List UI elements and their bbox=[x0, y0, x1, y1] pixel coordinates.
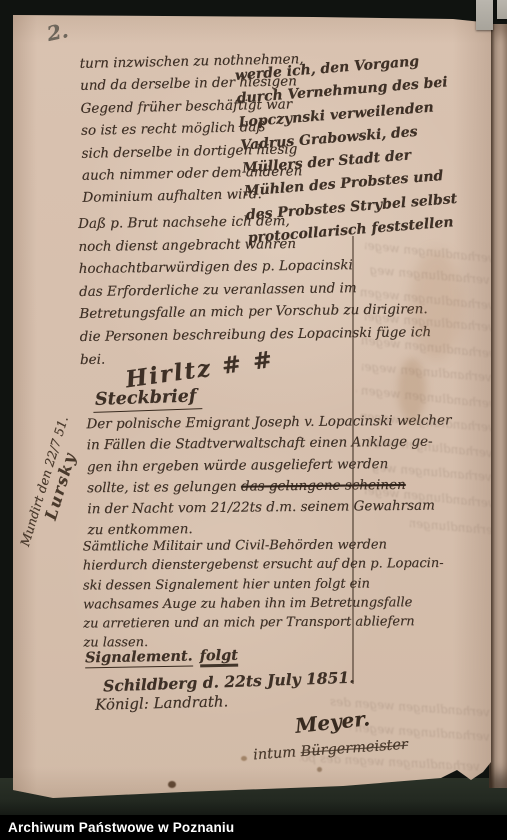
ink-spot bbox=[241, 756, 247, 761]
signalement-folgt: folgt bbox=[200, 647, 239, 668]
ink-spot bbox=[168, 781, 176, 788]
vertical-fold-line bbox=[352, 236, 354, 684]
paper-stain bbox=[410, 250, 462, 360]
steckbrief-heading: Steckbrief bbox=[93, 386, 203, 413]
signalement-word: Signalement. bbox=[85, 647, 193, 668]
bleedthrough-line: verhandlungen wegen des polnischen emigr… bbox=[356, 383, 497, 412]
page-number: 2. bbox=[45, 18, 70, 46]
ink-spot bbox=[317, 767, 322, 772]
tape-strip-icon bbox=[497, 0, 507, 19]
adjacent-page-edge bbox=[489, 24, 507, 788]
document-page: 2. turn inzwischen zu nothnehmen, und da… bbox=[13, 12, 491, 798]
authority-line: Königl: Landrath. bbox=[95, 692, 229, 713]
archive-scan-viewport: 2. turn inzwischen zu nothnehmen, und da… bbox=[0, 0, 507, 840]
archive-footer-bar: Archiwum Państwowe w Poznaniu bbox=[0, 815, 507, 840]
paper-stain bbox=[398, 358, 426, 422]
archive-name-label: Archiwum Państwowe w Poznaniu bbox=[8, 820, 234, 835]
steckbrief-paragraph-2: Sämtliche Militair und Civil-Behörden we… bbox=[83, 535, 506, 654]
role-prefix: intum bbox=[253, 744, 302, 763]
line-text: sollte, ist es gelungen bbox=[87, 478, 241, 496]
tape-strip-icon bbox=[476, 0, 493, 30]
signalement-line: Signalement.folgt bbox=[85, 647, 238, 667]
dateline: Schildberg d. 22ts July 1851. bbox=[103, 668, 355, 696]
